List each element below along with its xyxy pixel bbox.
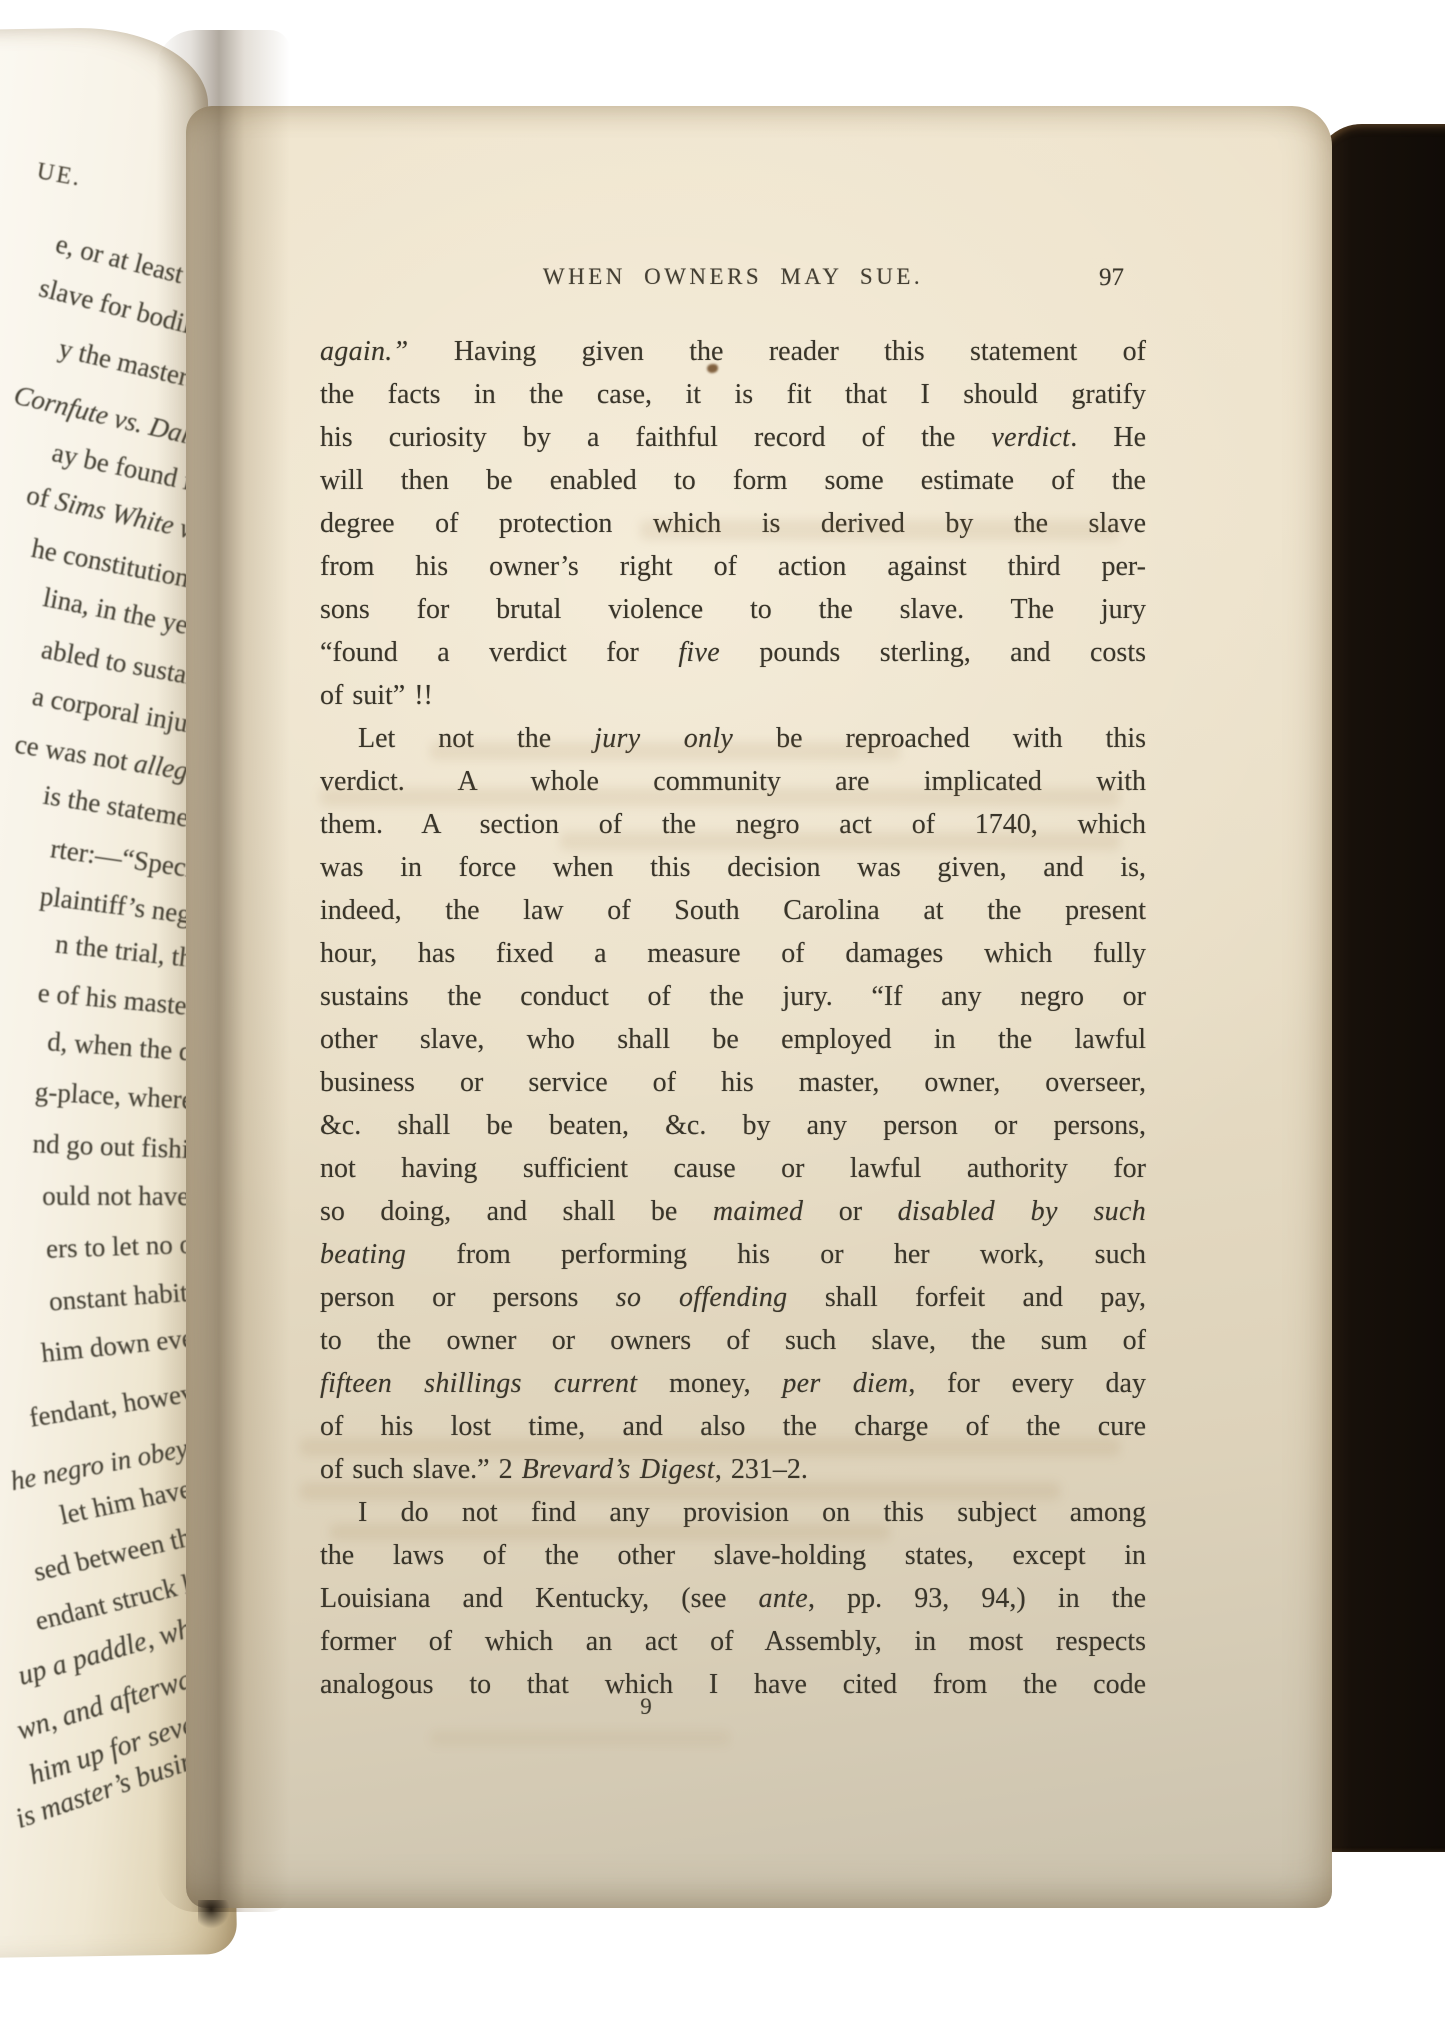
text-segment: other slave, who shall be employed in th… <box>320 1024 1146 1055</box>
text-segment: I do not find any provision on this subj… <box>358 1497 1146 1528</box>
italic-text-segment: verdict <box>991 422 1070 453</box>
text-line: I do not find any provision on this subj… <box>320 1491 1146 1534</box>
running-head: WHEN OWNERS MAY SUE. <box>320 264 1146 290</box>
text-segment: Let not the <box>358 723 594 754</box>
text-segment: be reproached with this <box>733 723 1146 754</box>
signature-mark: 9 <box>616 1694 676 1720</box>
italic-text-segment: maimed <box>713 1196 803 1227</box>
text-segment: of such slave.” 2 <box>320 1454 522 1485</box>
text-segment: of his lost time, and also the charge of… <box>320 1411 1146 1442</box>
text-segment: degree of protection which is derived by… <box>320 508 1146 539</box>
italic-text-segment: fifteen shillings current <box>320 1368 637 1399</box>
italic-text-segment: per diem <box>782 1368 908 1399</box>
text-segment: them. A section of the negro act of 1740… <box>320 809 1146 840</box>
text-line: so doing, and shall be maimed or disable… <box>320 1190 1146 1233</box>
text-segment: hour, has fixed a measure of damages whi… <box>320 938 1146 969</box>
text-segment: sons for brutal violence to the slave. T… <box>320 594 1146 625</box>
italic-text-segment: so offending <box>616 1282 788 1313</box>
text-segment: from performing his or her work, such <box>406 1239 1146 1270</box>
text-segment: or <box>803 1196 897 1227</box>
text-segment: Having given the reader this statement o… <box>408 336 1146 367</box>
text-line: of suit” !! <box>320 674 1146 717</box>
running-head-row: WHEN OWNERS MAY SUE. 97 <box>320 264 1146 304</box>
text-segment: Louisiana and Kentucky, (see <box>320 1583 759 1614</box>
text-segment: ce was not <box>13 729 137 778</box>
text-segment: was in force when this decision was give… <box>320 852 1146 883</box>
text-segment: will then be enabled to form some estima… <box>320 465 1146 496</box>
text-line: “found a verdict for five pounds sterlin… <box>320 631 1146 674</box>
page-number: 97 <box>1099 264 1124 292</box>
text-line: other slave, who shall be employed in th… <box>320 1018 1146 1061</box>
text-line: was in force when this decision was give… <box>320 846 1146 889</box>
text-segment: of suit” !! <box>320 680 433 711</box>
text-segment: , for every day <box>908 1368 1146 1399</box>
italic-text-segment: disabled by such <box>898 1196 1146 1227</box>
text-line: his curiosity by a faithful record of th… <box>320 416 1146 459</box>
text-line: Let not the jury only be reproached with… <box>320 717 1146 760</box>
text-segment: the facts in the case, it is fit that I … <box>320 379 1146 410</box>
text-line: verdict. A whole community are implicate… <box>320 760 1146 803</box>
text-segment: so doing, and shall be <box>320 1196 713 1227</box>
italic-text-segment: ante <box>759 1583 808 1614</box>
text-line: sustains the conduct of the jury. “If an… <box>320 975 1146 1018</box>
italic-text-segment: beating <box>320 1239 406 1270</box>
text-line: Louisiana and Kentucky, (see ante, pp. 9… <box>320 1577 1146 1620</box>
left-page-text-fragments: UE.e, or at least aslave for bodilyy the… <box>0 26 207 30</box>
page-text-block: again.” Having given the reader this sta… <box>320 330 1146 1706</box>
text-line: former of which an act of Assembly, in m… <box>320 1620 1146 1663</box>
text-line: not having sufficient cause or lawful au… <box>320 1147 1146 1190</box>
text-segment: UE. <box>34 158 83 192</box>
italic-text-segment: five <box>678 637 720 668</box>
italic-text-segment: jury only <box>594 723 733 754</box>
text-segment: not having sufficient cause or lawful au… <box>320 1153 1146 1184</box>
text-line: the facts in the case, it is fit that I … <box>320 373 1146 416</box>
text-segment: , 231–2. <box>715 1454 808 1485</box>
text-segment: pounds sterling, and costs <box>720 637 1146 668</box>
text-line: indeed, the law of South Carolina at the… <box>320 889 1146 932</box>
text-line: &c. shall be beaten, &c. by any person o… <box>320 1104 1146 1147</box>
text-line: again.” Having given the reader this sta… <box>320 330 1146 373</box>
text-line: of his lost time, and also the charge of… <box>320 1405 1146 1448</box>
text-segment: his curiosity by a faithful record of th… <box>320 422 991 453</box>
text-segment: business or service of his master, owner… <box>320 1067 1146 1098</box>
text-segment: the laws of the other slave-holding stat… <box>320 1540 1146 1571</box>
text-line: hour, has fixed a measure of damages whi… <box>320 932 1146 975</box>
text-line: business or service of his master, owner… <box>320 1061 1146 1104</box>
text-segment: “found a verdict for <box>320 637 678 668</box>
book-photo: UE.e, or at least aslave for bodilyy the… <box>0 0 1445 2023</box>
text-segment: person or persons <box>320 1282 616 1313</box>
text-line: analogous to that which I have cited fro… <box>320 1663 1146 1706</box>
text-line: degree of protection which is derived by… <box>320 502 1146 545</box>
text-line: from his owner’s right of action against… <box>320 545 1146 588</box>
text-segment: sustains the conduct of the jury. “If an… <box>320 981 1146 1012</box>
text-segment: indeed, the law of South Carolina at the… <box>320 895 1146 926</box>
text-segment: to the owner or owners of such slave, th… <box>320 1325 1146 1356</box>
text-line: will then be enabled to form some estima… <box>320 459 1146 502</box>
text-segment: . He <box>1070 422 1146 453</box>
right-page: WHEN OWNERS MAY SUE. 97 again.” Having g… <box>186 106 1332 1908</box>
text-line: of such slave.” 2 Brevard’s Digest, 231–… <box>320 1448 1146 1491</box>
text-segment: from his owner’s right of action against… <box>320 551 1146 582</box>
text-line: person or persons so offending shall for… <box>320 1276 1146 1319</box>
text-segment: abled to sustain <box>39 634 210 693</box>
text-line: to the owner or owners of such slave, th… <box>320 1319 1146 1362</box>
text-segment: analogous to that which I have cited fro… <box>320 1669 1146 1700</box>
text-segment: former of which an act of Assembly, in m… <box>320 1626 1146 1657</box>
text-line: beating from performing his or her work,… <box>320 1233 1146 1276</box>
text-line: sons for brutal violence to the slave. T… <box>320 588 1146 631</box>
text-segment: , pp. 93, 94,) in the <box>808 1583 1146 1614</box>
left-running-head-fragment: UE. <box>34 158 84 193</box>
italic-text-segment: again.” <box>320 336 408 367</box>
text-segment: money, <box>637 1368 782 1399</box>
text-segment: shall forfeit and pay, <box>787 1282 1146 1313</box>
left-text-fragment: abled to sustain <box>39 634 210 694</box>
italic-text-segment: Brevard’s Digest <box>522 1454 715 1485</box>
text-line: fifteen shillings current money, per die… <box>320 1362 1146 1405</box>
text-segment: &c. shall be beaten, &c. by any person o… <box>320 1110 1146 1141</box>
text-line: the laws of the other slave-holding stat… <box>320 1534 1146 1577</box>
text-segment: verdict. A whole community are implicate… <box>320 766 1146 797</box>
text-line: them. A section of the negro act of 1740… <box>320 803 1146 846</box>
book-cover <box>1314 124 1445 1852</box>
